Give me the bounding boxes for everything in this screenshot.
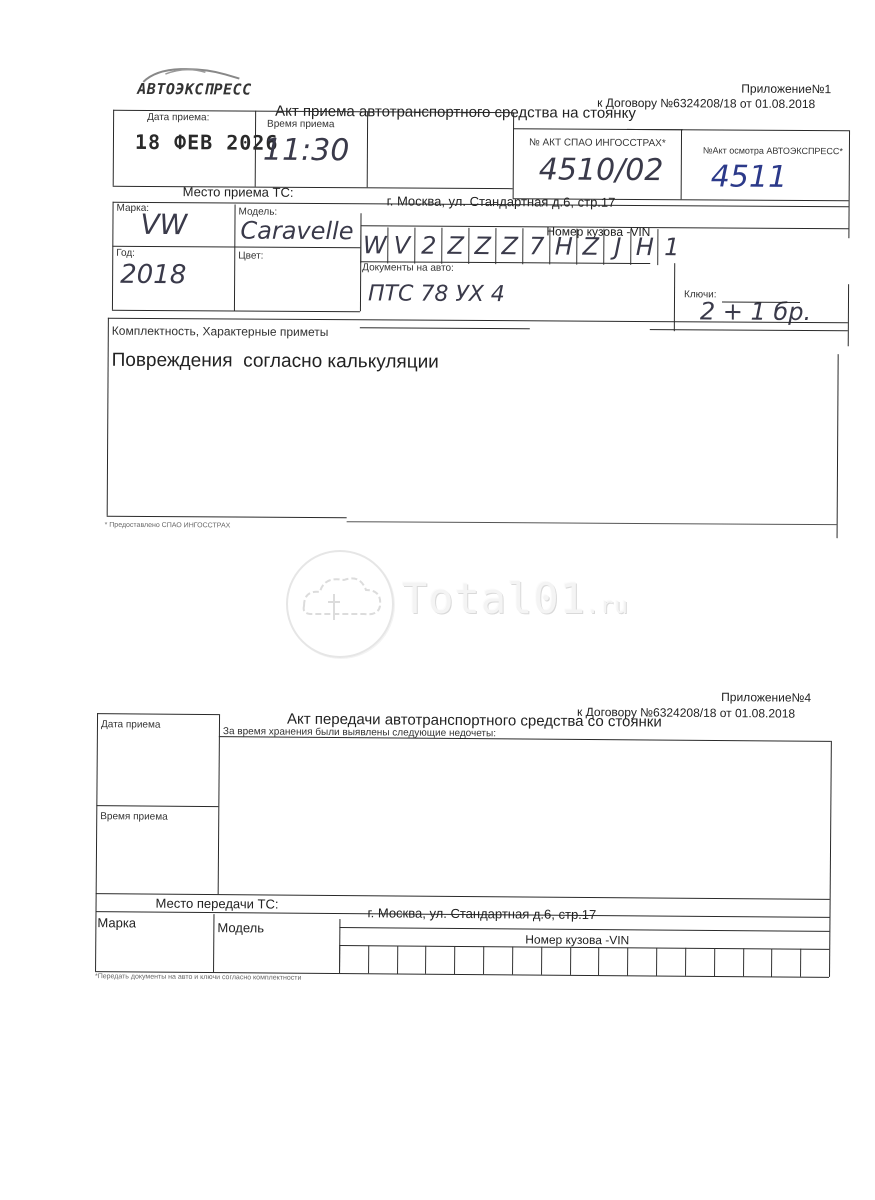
vin-box[interactable]: [368, 945, 398, 973]
handover-act-form: Приложение№4 к Договору №6324208/18 от 0…: [0, 0, 875, 1200]
vin-box[interactable]: [656, 948, 686, 976]
vin-box[interactable]: [800, 949, 830, 977]
handover-time-input[interactable]: [98, 825, 217, 892]
handover-time-label: Время приема: [100, 811, 168, 823]
vin-box[interactable]: [339, 945, 369, 973]
handover-model-input[interactable]: [215, 936, 337, 971]
vin-box[interactable]: [598, 947, 628, 975]
vin-box[interactable]: [743, 948, 773, 976]
vin-box[interactable]: [714, 948, 744, 976]
appendix-label-2: Приложение№4: [721, 690, 811, 705]
vin-box[interactable]: [512, 946, 542, 974]
vin-box[interactable]: [771, 948, 801, 976]
vin-box[interactable]: [627, 947, 657, 975]
vin-box[interactable]: [397, 946, 427, 974]
vin-box[interactable]: [483, 946, 513, 974]
vin-box[interactable]: [570, 947, 600, 975]
defects-input[interactable]: [220, 738, 829, 897]
handover-vin-label: Номер кузова -VIN: [525, 933, 629, 948]
handover-vin-boxes[interactable]: [339, 945, 829, 977]
vin-box[interactable]: [685, 948, 715, 976]
vin-box[interactable]: [541, 947, 571, 975]
handover-model-label: Модель: [217, 920, 264, 935]
handover-place-value: г. Москва, ул. Стандартная д.6, стр.17: [367, 905, 596, 922]
handover-footnote: *Передать документы на авто и ключи согл…: [95, 973, 301, 982]
defects-label: За время хранения были выявлены следующи…: [223, 726, 496, 739]
handover-date-input[interactable]: [98, 733, 217, 804]
handover-brand-input[interactable]: [97, 931, 211, 970]
vin-box[interactable]: [454, 946, 484, 974]
vin-box[interactable]: [425, 946, 455, 974]
handover-place-label: Место передачи ТС:: [156, 896, 279, 912]
handover-date-label: Дата приема: [101, 719, 161, 730]
handover-brand-label: Марка: [97, 915, 136, 930]
